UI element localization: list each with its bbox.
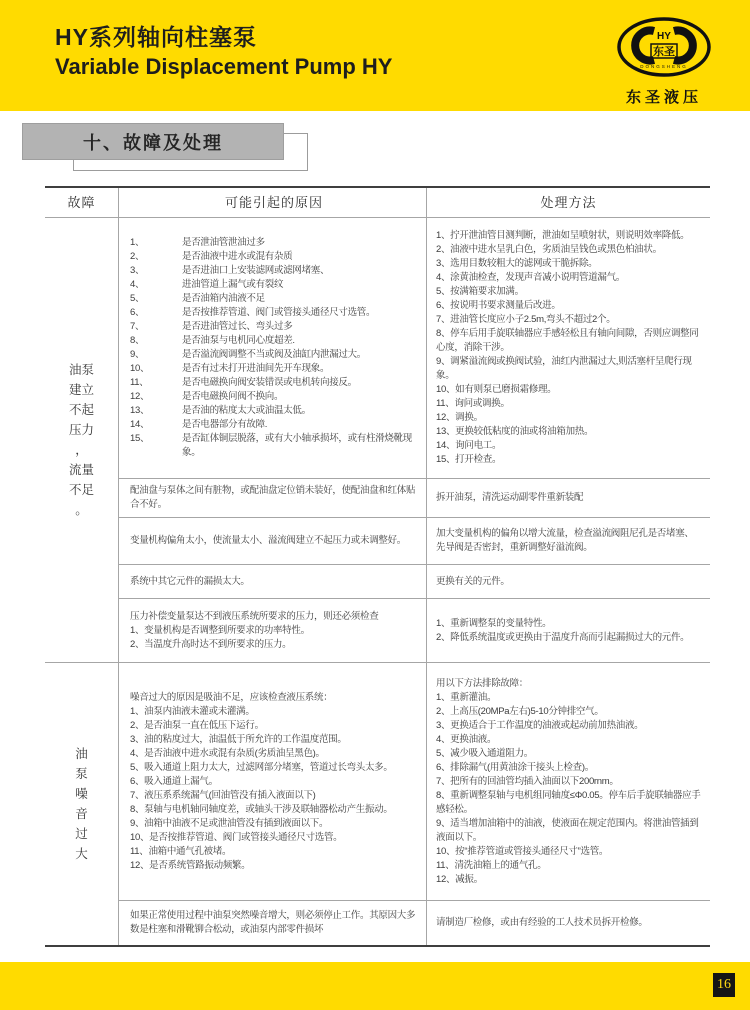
cause-item-text: 是否进油口上安装滤网或滤网堵塞、 xyxy=(182,264,418,278)
cause-item-text: 是否电器部分有故障. xyxy=(182,418,418,432)
cause-item-text: 是否油液中进水或混有杂质 xyxy=(182,250,418,264)
cause-item-number: 14、 xyxy=(130,418,182,432)
cause-cell-swash-angle: 变量机构偏角太小，使流量太小、溢流阀建立不起压力或未调整好。 xyxy=(118,517,427,564)
cause-list-item: 12、 是否电磁换问阀不换向。 xyxy=(130,390,418,404)
cause-item-number: 8、 xyxy=(130,334,182,348)
column-header-fault: 故障 xyxy=(45,188,118,218)
cause-list-item: 8、 是否油泵与电机同心度超差. xyxy=(130,334,418,348)
cause-cell-pressure-list: 1、 是否泄油管泄油过多 2、 是否油液中进水或混有杂质 3、 是否进油口上安装… xyxy=(118,218,427,478)
cause-item-number: 1、 xyxy=(130,236,182,250)
remedy-cell-system-leak: 更换有关的元件。 xyxy=(427,564,710,598)
cause-item-number: 5、 xyxy=(130,292,182,306)
section-title: 十、故障及处理 xyxy=(22,123,284,160)
logo-sub-text: DONGSHENG xyxy=(640,64,688,69)
page-subtitle: Variable Displacement Pump HY xyxy=(55,52,392,82)
cause-list-item: 15、 是否缸体铜层脱落，或有大小轴承损坏，或有柱滑烧靴现象。 xyxy=(130,432,418,460)
dongsheng-logo-icon: HY 东圣 DONGSHENG xyxy=(615,16,713,80)
cause-list-item: 11、 是否电磁换向阀安装错误或电机转向接反。 xyxy=(130,376,418,390)
cause-list-item: 3、 是否进油口上安装滤网或滤网堵塞、 xyxy=(130,264,418,278)
cause-list-item: 1、 是否泄油管泄油过多 xyxy=(130,236,418,250)
remedy-cell-compensator: 1、重新调整泵的变量特性。 2、降低系统温度或更换由于温度升高而引起漏损过大的元… xyxy=(427,598,710,662)
brand-caption: 东圣液压 xyxy=(612,86,716,107)
remedy-cell-noise-list: 用以下方法排除故障： 1、重新灌油。 2、上高压(20MPa左右)5-10分钟排… xyxy=(427,662,710,900)
footer-band xyxy=(0,962,750,1010)
header-band: HY系列轴向柱塞泵 Variable Displacement Pump HY … xyxy=(0,0,750,111)
fault-label-noise: 油 泵 噪 音 过 大 xyxy=(45,662,118,945)
remedy-cell-valve-plate: 拆开油泵，清洗运动副零件重新装配 xyxy=(427,478,710,517)
cause-item-text: 是否油箱内油液不足 xyxy=(182,292,418,306)
cause-item-text: 是否进油管过长、弯头过多 xyxy=(182,320,418,334)
cause-item-number: 3、 xyxy=(130,264,182,278)
cause-item-number: 12、 xyxy=(130,390,182,404)
cause-cell-sudden-noise: 如果正常使用过程中油泵突然噪音增大，则必须停止工作。其原因大多数是柱塞和滑靴铆合… xyxy=(118,900,427,945)
cause-list-item: 4、 进油管道上漏气或有裂纹 xyxy=(130,278,418,292)
manual-page: HY系列轴向柱塞泵 Variable Displacement Pump HY … xyxy=(0,0,750,1010)
brand-block: HY 东圣 DONGSHENG 东圣液压 xyxy=(612,16,716,107)
column-header-cause: 可能引起的原因 xyxy=(118,188,427,218)
cause-item-number: 6、 xyxy=(130,306,182,320)
cause-cell-system-leak: 系统中其它元件的漏损太大。 xyxy=(118,564,427,598)
cause-cell-noise-list: 噪音过大的原因是吸油不足，应该检查液压系统： 1、油泵内油液未灌或未灌满。 2、… xyxy=(118,662,427,900)
cause-list-item: 2、 是否油液中进水或混有杂质 xyxy=(130,250,418,264)
cause-item-number: 13、 xyxy=(130,404,182,418)
cause-item-text: 是否电磁换问阀不换向。 xyxy=(182,390,418,404)
cause-item-text: 是否电磁换向阀安装错误或电机转向接反。 xyxy=(182,376,418,390)
logo-name-text: 东圣 xyxy=(653,44,675,58)
column-header-remedy: 处理方法 xyxy=(427,188,710,218)
cause-item-number: 4、 xyxy=(130,278,182,292)
cause-item-number: 2、 xyxy=(130,250,182,264)
cause-list-item: 6、 是否按推荐管道、阀门或管接头通径尺寸选管。 xyxy=(130,306,418,320)
logo-hy-text: HY xyxy=(657,31,671,42)
cause-item-text: 是否按推荐管道、阀门或管接头通径尺寸选管。 xyxy=(182,306,418,320)
remedy-cell-sudden-noise: 请制造厂检修，或由有经验的工人技术员拆开检修。 xyxy=(427,900,710,945)
cause-item-text: 是否有过未打开进油间先开车现象。 xyxy=(182,362,418,376)
cause-item-text: 是否缸体铜层脱落，或有大小轴承损坏，或有柱滑烧靴现象。 xyxy=(182,432,418,460)
cause-item-number: 9、 xyxy=(130,348,182,362)
remedy-cell-swash-angle: 加大变量机构的偏角以增大流量，检查溢流阀阻尼孔是否堵塞、先导阀是否密封，重新调整… xyxy=(427,517,710,564)
cause-list-item: 9、 是否溢流阀调整不当或阀及油缸内泄漏过大。 xyxy=(130,348,418,362)
cause-list-item: 13、 是否油的粘度太大或油温太低。 xyxy=(130,404,418,418)
fault-table: 故障 可能引起的原因 处理方法 油泵 建立 不起 压力 ， 流量 不足 。 1、… xyxy=(45,186,710,947)
cause-list-item: 14、 是否电器部分有故障. xyxy=(130,418,418,432)
fault-label-no-pressure: 油泵 建立 不起 压力 ， 流量 不足 。 xyxy=(45,218,118,662)
cause-list-item: 7、 是否进油管过长、弯头过多 xyxy=(130,320,418,334)
title-block: HY系列轴向柱塞泵 Variable Displacement Pump HY xyxy=(55,22,392,82)
cause-numbered-list: 1、 是否泄油管泄油过多 2、 是否油液中进水或混有杂质 3、 是否进油口上安装… xyxy=(130,236,418,460)
page-title: HY系列轴向柱塞泵 xyxy=(55,22,392,52)
cause-list-item: 10、 是否有过未打开进油间先开车现象。 xyxy=(130,362,418,376)
cause-item-number: 11、 xyxy=(130,376,182,390)
cause-item-text: 是否油泵与电机同心度超差. xyxy=(182,334,418,348)
cause-item-text: 是否溢流阀调整不当或阀及油缸内泄漏过大。 xyxy=(182,348,418,362)
cause-cell-valve-plate: 配油盘与泵体之间有脏物，或配油盘定位销未装好，使配油盘和红体贴合不好。 xyxy=(118,478,427,517)
cause-item-number: 7、 xyxy=(130,320,182,334)
cause-item-number: 15、 xyxy=(130,432,182,460)
cause-list-item: 5、 是否油箱内油液不足 xyxy=(130,292,418,306)
remedy-cell-pressure-list: 1、拧开泄油管目测判断，泄油如呈喷射状，则说明效率降低。 2、油液中进水呈乳白色… xyxy=(427,218,710,478)
page-number: 16 xyxy=(713,973,735,997)
cause-item-text: 是否泄油管泄油过多 xyxy=(182,236,418,250)
cause-item-text: 进油管道上漏气或有裂纹 xyxy=(182,278,418,292)
cause-item-text: 是否油的粘度太大或油温太低。 xyxy=(182,404,418,418)
cause-cell-compensator: 压力补偿变量泵达不到液压系统所要求的压力，则还必须检查 1、变量机构是否调整到所… xyxy=(118,598,427,662)
cause-item-number: 10、 xyxy=(130,362,182,376)
